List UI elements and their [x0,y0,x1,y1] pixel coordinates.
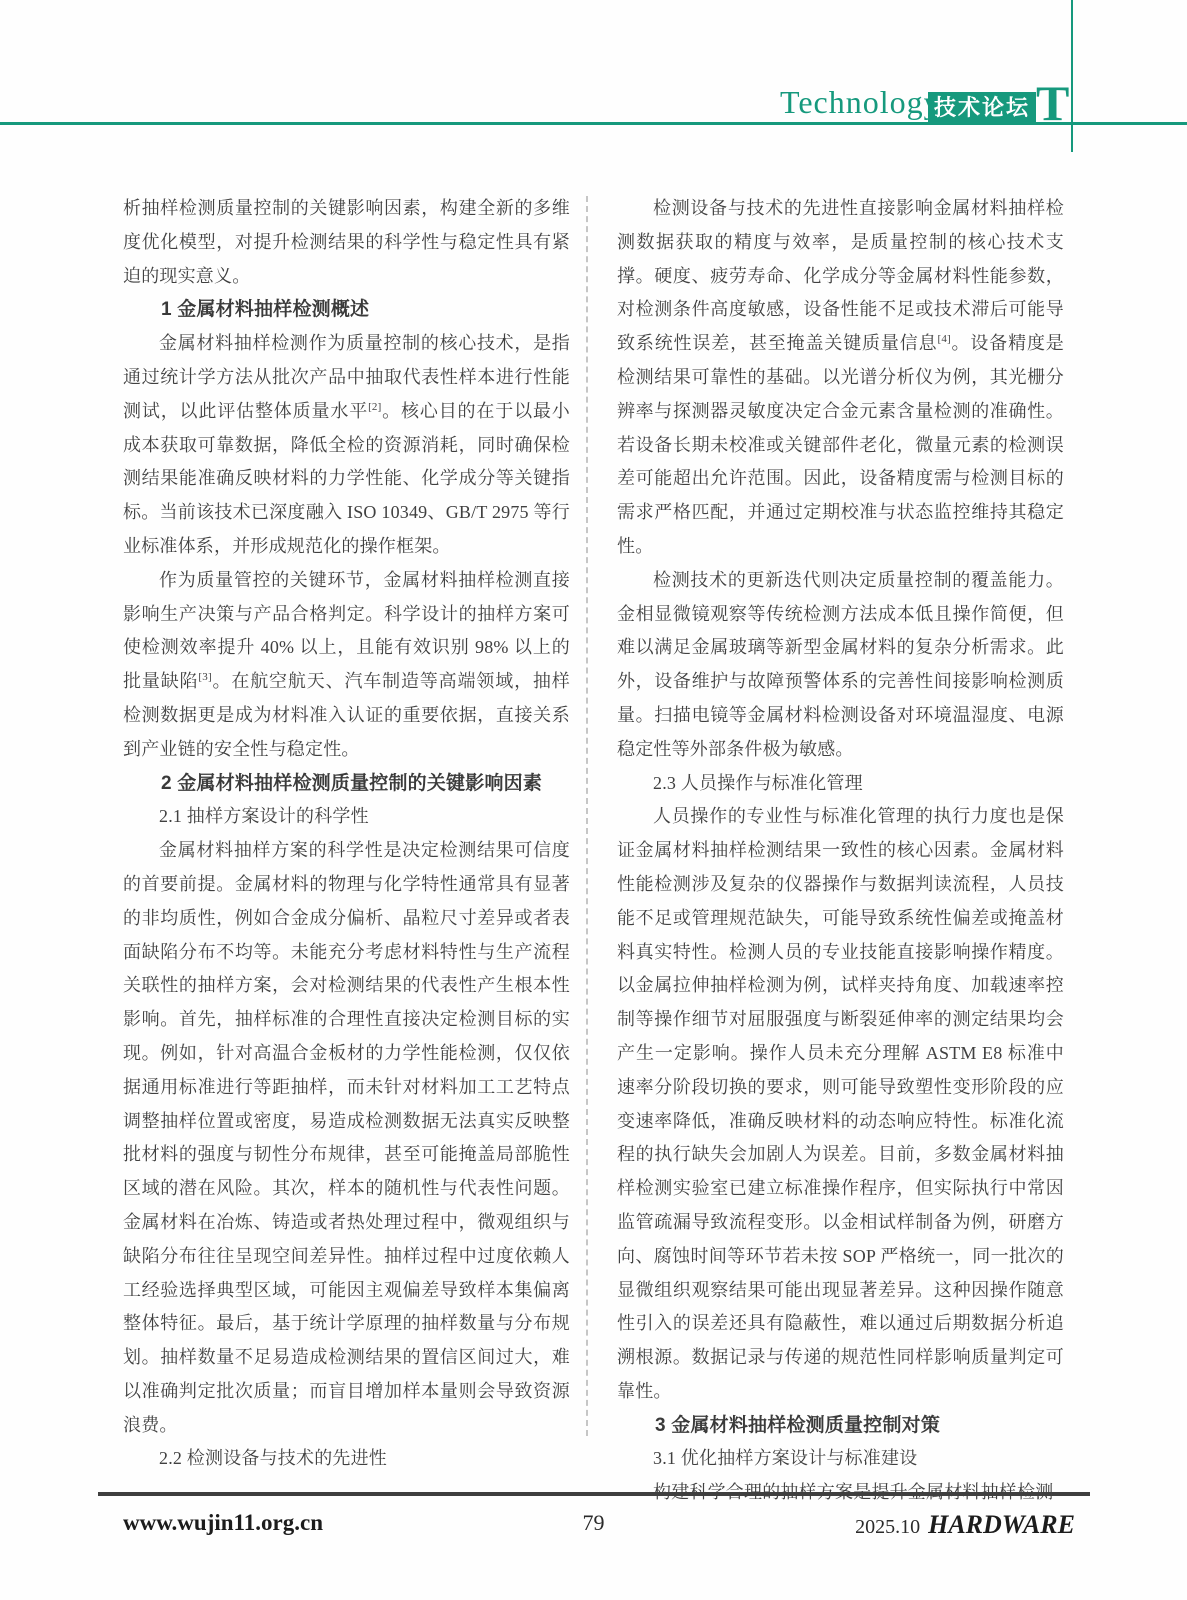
header-section-title-en: Technology [780,84,941,121]
section-heading-1: 1 金属材料抽样检测概述 [123,293,570,327]
paragraph-text: 。设备精度是检测结果可靠性的基础。以光谱分析仪为例，其光栅分辨率与探测器灵敏度决… [617,333,1064,556]
footer-issue-info: 2025.10HARDWARE [855,1510,1075,1540]
paragraph: 人员操作的专业性与标准化管理的执行力度也是保证金属材料抽样检测结果一致性的核心因… [617,800,1064,1408]
section-heading-3: 3 金属材料抽样检测质量控制对策 [617,1409,1064,1443]
issue-date: 2025.10 [855,1516,920,1538]
section-heading-2: 2 金属材料抽样检测质量控制的关键影响因素 [123,767,570,801]
paragraph-text: 检测设备与技术的先进性直接影响金属材料抽样检测数据获取的精度与效率，是质量控制的… [617,198,1064,353]
subsection-heading-2-1: 2.1 抽样方案设计的科学性 [123,800,570,834]
column-divider [586,196,588,1436]
subsection-heading-2-3: 2.3 人员操作与标准化管理 [617,767,1064,801]
header-initial-letter: T [1036,78,1069,128]
journal-page: Technology 技术论坛 T 析抽样检测质量控制的关键影响因素，构建全新的… [0,0,1187,1600]
citation-ref-3: [3] [198,671,211,683]
paragraph-continuation: 析抽样检测质量控制的关键影响因素，构建全新的多维度优化模型，对提升检测结果的科学… [123,192,570,293]
article-body: 析抽样检测质量控制的关键影响因素，构建全新的多维度优化模型，对提升检测结果的科学… [123,192,1064,1452]
left-column: 析抽样检测质量控制的关键影响因素，构建全新的多维度优化模型，对提升检测结果的科学… [123,192,570,1476]
paragraph: 金属材料抽样检测作为质量控制的核心技术，是指通过统计学方法从批次产品中抽取代表性… [123,327,570,564]
header-section-badge: 技术论坛 [928,92,1036,123]
subsection-heading-3-1: 3.1 优化抽样方案设计与标准建设 [617,1442,1064,1476]
citation-ref-4: [4] [937,333,950,345]
paragraph: 检测技术的更新迭代则决定质量控制的覆盖能力。金相显微镜观察等传统检测方法成本低且… [617,564,1064,767]
paragraph: 作为质量管控的关键环节，金属材料抽样检测直接影响生产决策与产品合格判定。科学设计… [123,564,570,767]
footer-rule [98,1492,1090,1496]
citation-ref-2: [2] [368,401,381,413]
paragraph: 金属材料抽样方案的科学性是决定检测结果可信度的首要前提。金属材料的物理与化学特性… [123,834,570,1442]
right-column: 检测设备与技术的先进性直接影响金属材料抽样检测数据获取的精度与效率，是质量控制的… [617,192,1064,1510]
header-vertical-rule [1071,0,1073,152]
paragraph-text: 。核心目的在于以最小成本获取可靠数据，降低全检的资源消耗，同时确保检测结果能准确… [123,401,570,556]
magazine-name: HARDWARE [928,1510,1075,1539]
paragraph: 检测设备与技术的先进性直接影响金属材料抽样检测数据获取的精度与效率，是质量控制的… [617,192,1064,564]
subsection-heading-2-2: 2.2 检测设备与技术的先进性 [123,1442,570,1476]
